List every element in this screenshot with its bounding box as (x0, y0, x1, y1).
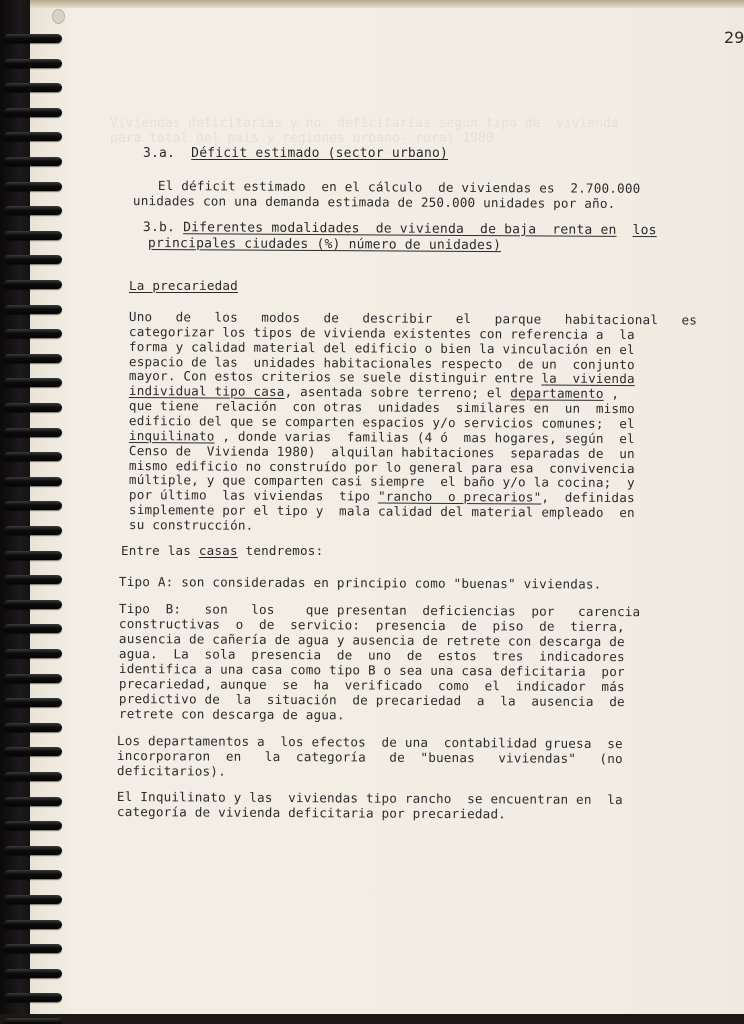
line-text: , (604, 386, 620, 401)
binding-ring (4, 452, 62, 461)
binding-ring (4, 1018, 62, 1024)
binding-ring (4, 206, 62, 215)
underlined-term: individual tipo casa (129, 383, 285, 399)
binding-ring (4, 231, 62, 240)
precariedad-line: su construcción. (129, 517, 254, 533)
binding-ring (4, 723, 62, 732)
binding-ring (4, 34, 62, 43)
tipo-a-text: Tipo A: son consideradas en principio co… (119, 574, 602, 592)
departamentos-line: deficitarios). (117, 763, 226, 779)
casas-intro-underlined: casas (199, 543, 238, 558)
binding-ring (4, 920, 62, 929)
section-3a-heading: 3.a. Déficit estimado (sector urbano) (143, 146, 448, 161)
bleed-through-text: Viviendas deficitarias y no deficitarias… (110, 116, 619, 146)
binding-ring (4, 182, 62, 191)
binding-ring (4, 551, 62, 560)
binding-ring (4, 969, 62, 978)
binding-ring (4, 772, 62, 781)
subheading-precariedad: La precariedad (129, 278, 238, 293)
underlined-term: "rancho o precarios" (378, 489, 542, 505)
line-text: por último las viviendas tipo (129, 487, 378, 504)
binding-ring (4, 944, 62, 953)
inquilinato-line: categoría de vivienda deficitaria por pr… (117, 804, 506, 822)
underlined-term: inquilinato (129, 428, 215, 444)
binding-ring (4, 649, 62, 658)
binding-ring (4, 993, 62, 1002)
line-text: , asentada sobre terreno; el (285, 384, 511, 400)
underlined-term: la vivienda (541, 371, 634, 387)
underlined-term: departamento (510, 386, 603, 402)
binding-ring (4, 329, 62, 338)
binding-ring (4, 403, 62, 412)
section-number: 3.b. (143, 220, 175, 235)
binding-ring (4, 797, 62, 806)
page-bottom-edge (0, 1014, 744, 1024)
binding-ring (4, 870, 62, 879)
binding-ring (4, 674, 62, 683)
binding-ring (4, 624, 62, 633)
section-number: 3.a. (143, 146, 175, 161)
binding-ring (4, 846, 62, 855)
binding-ring (4, 477, 62, 486)
tipo-b-line: retrete con descarga de agua. (119, 706, 345, 723)
binding-ring (4, 526, 62, 535)
binding-ring (4, 428, 62, 437)
binding-ring (4, 354, 62, 363)
section-3b-title-line-2: principales ciudades (%) número de unida… (148, 236, 501, 253)
punch-hole (52, 9, 65, 24)
binding-ring (4, 108, 62, 117)
page-top-edge (30, 0, 744, 8)
section-3a-line-2: unidades con una demanda estimada de 250… (133, 193, 616, 211)
binding-ring (4, 280, 62, 289)
binding-ring (4, 747, 62, 756)
line-text: , definidas (541, 490, 634, 506)
binding-ring (4, 575, 62, 584)
casas-intro: Entre las casas tendremos: (121, 543, 323, 558)
binding-ring (4, 59, 62, 68)
binding-ring (4, 698, 62, 707)
binding-ring (4, 157, 62, 166)
section-title-line-1: Diferentes modalidades de vivienda de ba… (183, 220, 617, 238)
binding-ring (4, 255, 62, 264)
binding-ring (4, 305, 62, 314)
binding-ring (4, 895, 62, 904)
binding-ring (4, 132, 62, 141)
binding-ring (4, 83, 62, 92)
casas-intro-post: tendremos: (238, 543, 324, 558)
section-title: Déficit estimado (sector urbano) (191, 146, 448, 161)
binding-ring (4, 501, 62, 510)
binding-ring (4, 600, 62, 609)
binding-ring (4, 378, 62, 387)
casas-intro-pre: Entre las (121, 543, 199, 558)
binding-ring (4, 821, 62, 830)
page-number: 29 (724, 28, 744, 47)
section-title-line-1-end: los (633, 223, 657, 238)
